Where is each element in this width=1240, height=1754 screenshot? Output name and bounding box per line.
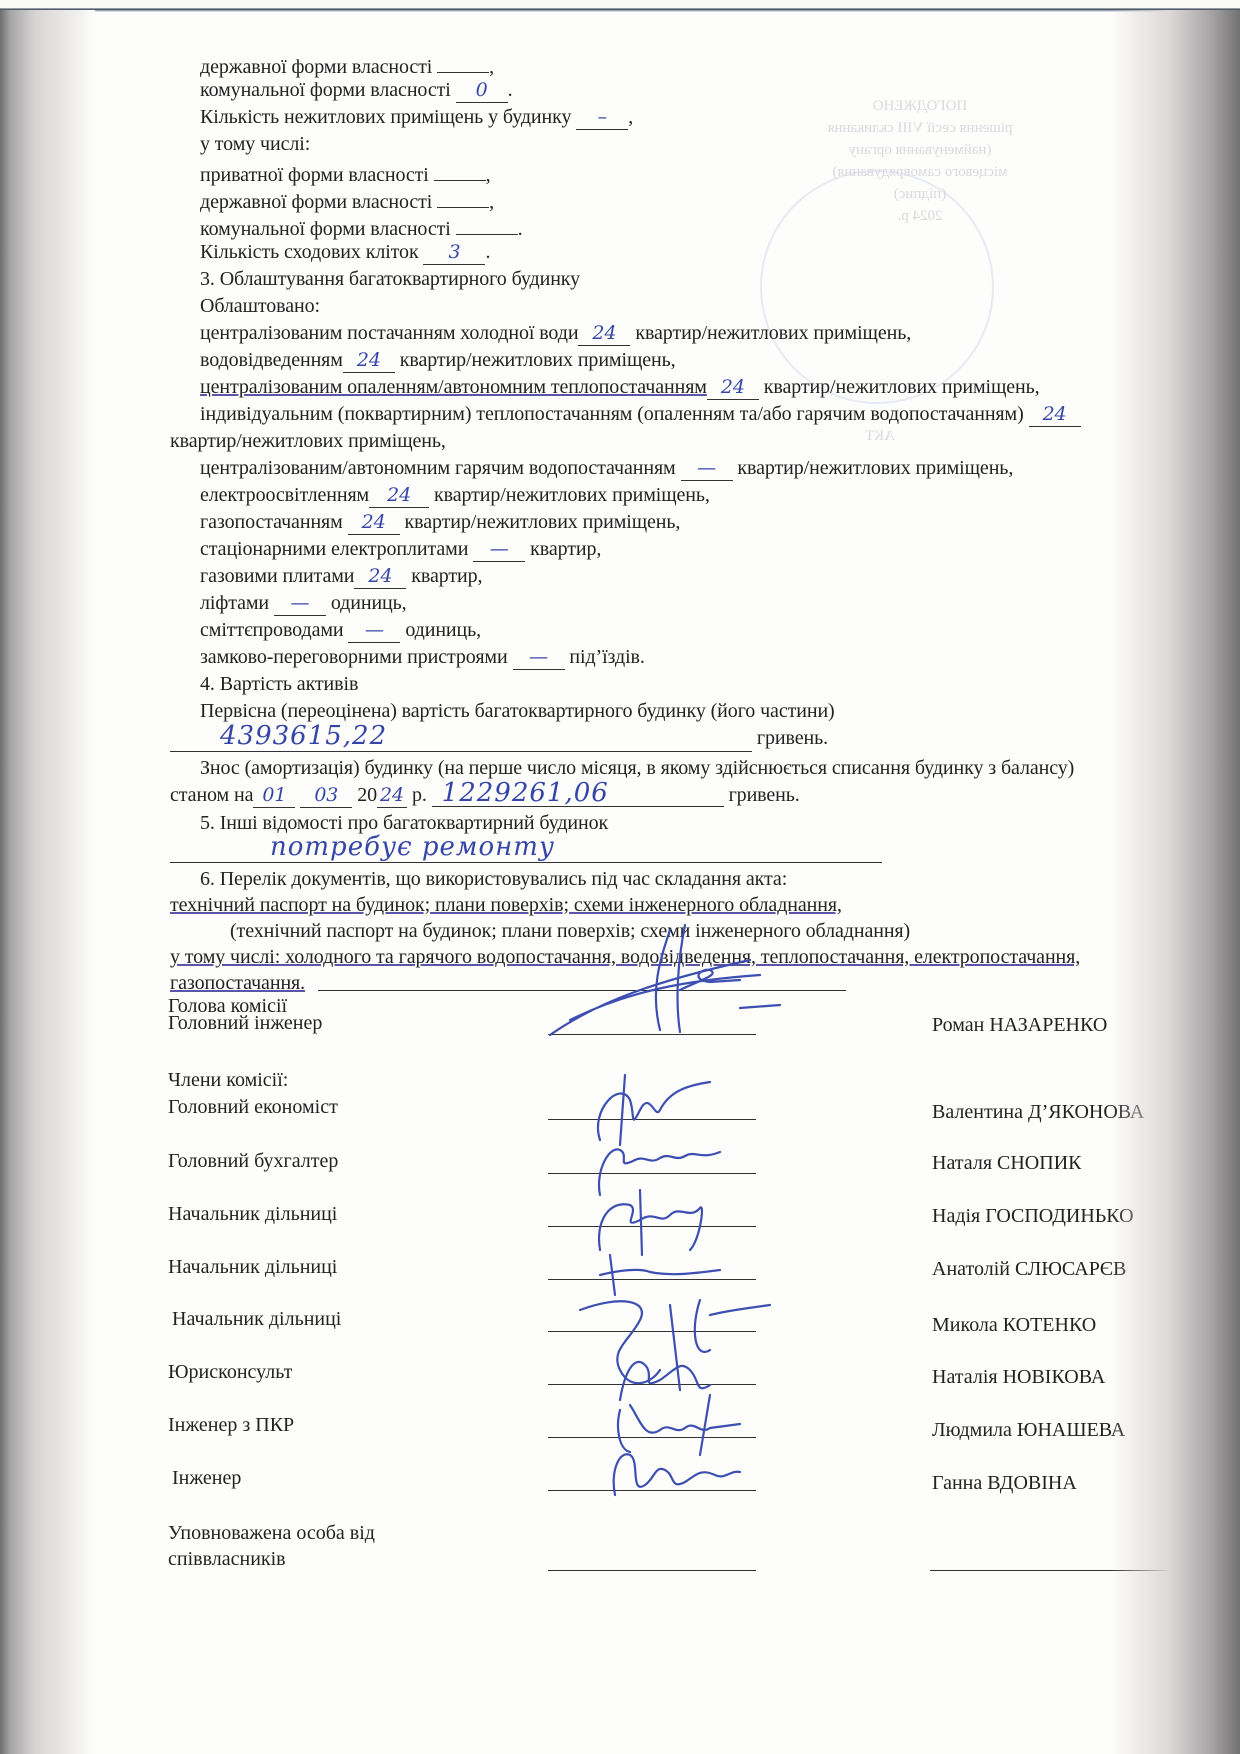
signature-line[interactable] <box>548 1173 756 1174</box>
label: замково-переговорними пристроями <box>200 646 508 668</box>
label: приватної форми власності <box>200 164 429 186</box>
label: централізованим постачанням холодної вод… <box>200 322 578 344</box>
label: Кількість сходових кліток <box>200 241 419 263</box>
signature-role: Головний бухгалтер <box>168 1148 338 1174</box>
individual-heating-field[interactable]: 24 <box>1029 404 1081 427</box>
label: електроосвітленням <box>200 484 369 506</box>
state-ownership-field[interactable] <box>437 50 489 73</box>
stairwells-field[interactable]: 3 <box>423 242 485 265</box>
unit: квартир, <box>411 565 482 587</box>
electric-stoves-line: стаціонарними електроплитами — квартир, <box>200 536 601 562</box>
central-heating-line: централізованим опаленням/автономним теп… <box>200 374 1040 400</box>
state-ownership-line: державної форми власності , <box>200 50 494 80</box>
unit: одиниць, <box>405 619 481 641</box>
signature-scribble-engineer <box>600 1440 770 1510</box>
including-label: у тому числі: <box>200 131 310 157</box>
label: газопостачанням <box>200 511 343 533</box>
gas-supply-line: газопостачанням 24 квартир/нежитлових пр… <box>200 509 680 535</box>
unit: квартир, <box>530 538 601 560</box>
sewage-line: водовідведенням24 квартир/нежитлових при… <box>200 347 676 373</box>
section3-heading: 3. Облаштування багатоквартирного будинк… <box>200 266 580 292</box>
signature-scribble-site-chief-2 <box>580 1240 750 1300</box>
garbage-chutes-line: сміттєпроводами — одиниць, <box>200 617 481 643</box>
co-owners-role: Уповноважена особа від <box>168 1520 375 1546</box>
including-utilities: у тому числі: холодного та гарячого водо… <box>170 944 1080 970</box>
signature-role: Начальник дільниці <box>168 1254 337 1280</box>
signature-name: Надія ГОСПОДИНЬКО <box>932 1203 1134 1229</box>
equipped-label: Облаштовано: <box>200 293 320 319</box>
unit: квартир/нежитлових приміщень, <box>635 322 911 344</box>
gas-supply-field[interactable]: 24 <box>348 512 400 535</box>
electric-stoves-field[interactable]: — <box>473 539 525 562</box>
label: державної форми власності <box>200 56 432 78</box>
co-owners-role-wrap: співвласників <box>168 1546 286 1572</box>
gas-stoves-field[interactable]: 24 <box>354 566 406 589</box>
unit: під’їздів. <box>569 646 644 668</box>
cold-water-line: централізованим постачанням холодної вод… <box>200 320 911 346</box>
elevators-line: ліфтами — одиниць, <box>200 590 407 616</box>
nr-private-line: приватної форми власності , <box>200 158 491 188</box>
signature-role: Інженер <box>172 1465 241 1491</box>
signature-line[interactable] <box>548 1034 756 1035</box>
nr-communal-field[interactable] <box>456 212 518 235</box>
as-of-day-field[interactable]: 01 <box>253 785 295 808</box>
label: водовідведенням <box>200 349 343 371</box>
signature-line[interactable] <box>548 1437 756 1438</box>
central-heating-field[interactable]: 24 <box>707 377 759 400</box>
label: Кількість нежитлових приміщень у будинку <box>200 106 571 128</box>
nonresidential-count-field[interactable]: – <box>576 107 628 130</box>
signature-line[interactable] <box>548 1279 756 1280</box>
signature-name: Наталія НОВІКОВА <box>932 1364 1105 1390</box>
depreciation-field[interactable]: 1229261,06 <box>432 783 724 807</box>
label: сміттєпроводами <box>200 619 344 641</box>
label: державної форми власності <box>200 191 432 213</box>
individual-heating-unit: квартир/нежитлових приміщень, <box>170 428 446 454</box>
currency-suffix: гривень. <box>757 727 828 749</box>
signature-name: Анатолій СЛЮСАРЄВ <box>932 1256 1126 1282</box>
signature-name: Роман НАЗАРЕНКО <box>932 1012 1107 1038</box>
as-of-label: станом на <box>170 784 253 806</box>
depreciation-label: Знос (амортизація) будинку (на перше чис… <box>200 755 1074 781</box>
other-info-line: потребує ремонту <box>170 836 882 863</box>
signature-scribble-economist <box>560 1070 760 1150</box>
signature-line[interactable] <box>548 1119 756 1120</box>
signature-role: Головний економіст <box>168 1094 338 1120</box>
unit: квартир/нежитлових приміщень, <box>764 376 1040 398</box>
elevators-field[interactable]: — <box>274 593 326 616</box>
act-page: державної форми власності , комунальної … <box>0 0 1240 1754</box>
garbage-chutes-field[interactable]: — <box>348 620 400 643</box>
signature-scribble-site-chief-1 <box>580 1180 750 1260</box>
other-info-field[interactable]: потребує ремонту <box>170 837 882 863</box>
unit: квартир/нежитлових приміщень, <box>400 349 676 371</box>
signature-scribble-accountant <box>580 1130 750 1200</box>
intercoms-field[interactable]: — <box>513 647 565 670</box>
unit: одиниць, <box>331 592 407 614</box>
co-owners-signature-line[interactable] <box>548 1570 756 1571</box>
signature-scribble-pkr-engineer <box>600 1390 770 1460</box>
documents-value: технічний паспорт на будинок; плани пове… <box>170 892 842 918</box>
label: ліфтами <box>200 592 269 614</box>
gas-supply-text: газопостачання. <box>170 972 305 994</box>
documents-hint: (технічний паспорт на будинок; плани пов… <box>230 918 910 944</box>
signature-line[interactable] <box>548 1384 756 1385</box>
year-abbr: р. <box>412 784 427 806</box>
hot-water-field[interactable]: — <box>681 458 733 481</box>
currency-suffix: гривень. <box>729 784 800 806</box>
signature-role: Начальник дільниці <box>172 1306 341 1332</box>
members-heading: Члени комісії: <box>168 1067 288 1093</box>
individual-heating-line: індивідуальним (поквартирним) теплопоста… <box>200 401 1081 427</box>
as-of-month-field[interactable]: 03 <box>300 785 352 808</box>
nr-state-field[interactable] <box>437 185 489 208</box>
scan-right-shadow <box>1110 10 1240 1754</box>
initial-value-line: 4393615,22 гривень. <box>170 725 828 752</box>
signature-name: Ганна ВДОВІНА <box>932 1470 1077 1496</box>
signature-name: Людмила ЮНАШЕВА <box>932 1417 1125 1443</box>
fill-line <box>318 990 846 991</box>
intercoms-line: замково-переговорними пристроями — під’ї… <box>200 644 645 670</box>
hot-water-line: централізованим/автономним гарячим водоп… <box>200 455 1013 481</box>
depreciation-line: станом на01 03 2024 р. 1229261,06 гривен… <box>170 782 800 808</box>
label: газовими плитами <box>200 565 354 587</box>
as-of-year-field[interactable]: 24 <box>377 785 407 808</box>
nr-private-field[interactable] <box>434 158 486 181</box>
year-prefix: 20 <box>357 784 377 806</box>
signature-name: Наталя СНОПИК <box>932 1150 1081 1176</box>
signature-name: Микола КОТЕНКО <box>932 1312 1096 1338</box>
label: комунальної форми власності <box>200 218 451 240</box>
section6-heading: 6. Перелік документів, що використовувал… <box>200 866 787 892</box>
signature-role: Головний інженер <box>168 1010 322 1036</box>
signature-line[interactable] <box>548 1226 756 1227</box>
label: комунальної форми власності <box>200 79 451 101</box>
signature-line[interactable] <box>548 1331 756 1332</box>
nr-state-line: державної форми власності , <box>200 185 494 215</box>
unit: квартир/нежитлових приміщень, <box>737 457 1013 479</box>
signature-role: Юрисконсульт <box>168 1359 292 1385</box>
communal-ownership-line: комунальної форми власності 0. <box>200 77 513 103</box>
section4-heading: 4. Вартість активів <box>200 671 358 697</box>
stairwells-line: Кількість сходових кліток 3. <box>200 239 490 265</box>
nr-communal-line: комунальної форми власності . <box>200 212 523 242</box>
signature-role: Інженер з ПКР <box>168 1412 294 1438</box>
electric-lighting-field[interactable]: 24 <box>369 485 429 508</box>
label: індивідуальним (поквартирним) теплопоста… <box>200 403 1024 425</box>
nonresidential-count-line: Кількість нежитлових приміщень у будинку… <box>200 104 633 130</box>
label: стаціонарними електроплитами <box>200 538 468 560</box>
cold-water-field[interactable]: 24 <box>578 323 630 346</box>
sewage-field[interactable]: 24 <box>343 350 395 373</box>
gas-stoves-line: газовими плитами24 квартир, <box>200 563 482 589</box>
signature-line[interactable] <box>548 1490 756 1491</box>
label: централізованим/автономним гарячим водоп… <box>200 457 676 479</box>
label: централізованим опаленням/автономним теп… <box>200 376 707 398</box>
unit: квартир/нежитлових приміщень, <box>434 484 710 506</box>
communal-ownership-field[interactable]: 0 <box>456 80 508 103</box>
electric-lighting-line: електроосвітленням24 квартир/нежитлових … <box>200 482 710 508</box>
unit: квартир/нежитлових приміщень, <box>405 511 681 533</box>
initial-value-field[interactable]: 4393615,22 <box>170 726 752 752</box>
signature-role: Начальник дільниці <box>168 1201 337 1227</box>
signature-scribble-lawyer <box>600 1340 770 1410</box>
